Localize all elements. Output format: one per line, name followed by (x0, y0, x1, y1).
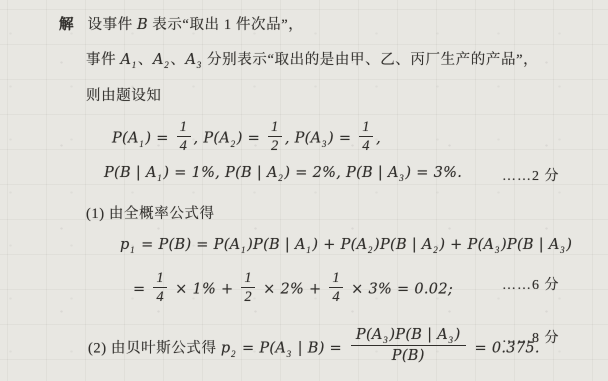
text-segment: 分别表示“取出的是由甲、乙、丙厂生产的产品”， (203, 52, 538, 68)
fraction-denominator: 4 (153, 287, 167, 305)
math-text: P(B | A (346, 165, 399, 181)
math-text: P(A (112, 131, 139, 147)
math-text: ) + P(A (312, 237, 367, 253)
text-segment: 事件 (86, 52, 120, 68)
score-mark-2: ……2 分 (502, 165, 560, 185)
formula-bayes: (2) 由贝叶斯公式得 p2 = P(A3 | B) = P(A3)P(B | … (88, 330, 540, 368)
formula-calculation: = 14 × 1% + 12 × 2% + 14 × 3% = 0.02; (133, 273, 453, 307)
math-text: P(B | A (104, 165, 157, 181)
scanned-solution-page: 解设事件 B 表示“取出 1 件次品”， 事件 A1、A2、A3 分别表示“取出… (0, 0, 608, 381)
math-text: P(A (356, 327, 383, 343)
math-text: = P(A (237, 341, 286, 357)
fraction-denominator: 2 (241, 287, 255, 305)
math-text: ) = 1%, (163, 165, 225, 181)
math-text: ) = 3%. (405, 165, 462, 181)
score-mark-6: ……6 分 (502, 274, 560, 294)
math-sub: 1 (157, 173, 162, 183)
math-sub: 2 (368, 245, 373, 255)
line-given: 则由题设知 (86, 84, 162, 105)
formula-priors: P(A1) = 14, P(A2) = 12, P(A3) = 14, (112, 122, 381, 156)
math-sub: 3 (322, 139, 327, 149)
math-text: ) (455, 327, 461, 343)
line-define-events-a: 事件 A1、A2、A3 分别表示“取出的是由甲、乙、丙厂生产的产品”， (86, 48, 538, 69)
score-mark-8: ……8 分 (502, 327, 560, 347)
math-var-a1: A (120, 52, 131, 68)
math-sub: 2 (231, 139, 236, 149)
math-text: × 3% = 0.02; (346, 282, 453, 298)
fraction-numerator: 1 (177, 120, 191, 136)
fraction-denominator: 4 (177, 136, 191, 154)
math-text: | B) = (293, 341, 347, 357)
fraction: 12 (241, 271, 255, 305)
math-text: ) (566, 237, 572, 253)
fraction: 14 (153, 271, 167, 305)
math-text: ) = (328, 131, 356, 147)
math-text: , P(A (194, 131, 231, 147)
math-sub: 1 (306, 245, 311, 255)
math-sub: 3 (399, 173, 404, 183)
fraction-denominator: 4 (329, 287, 343, 305)
math-var-p2: p (221, 341, 231, 357)
math-sub: 3 (383, 335, 388, 345)
text-segment: 设事件 (88, 17, 138, 33)
math-sub: 3 (495, 245, 500, 255)
math-text: )P(B | A (247, 237, 306, 253)
math-text: ) = (237, 131, 265, 147)
math-sub: 1 (241, 245, 246, 255)
math-text: ) + P(A (439, 237, 494, 253)
fraction-numerator: P(A3)P(B | A3) (351, 328, 466, 345)
fraction-denominator: 4 (359, 136, 373, 154)
math-sub: 2 (231, 349, 236, 359)
math-sub: 2 (164, 60, 169, 70)
bayes-fraction: P(A3)P(B | A3)P(B) (351, 328, 466, 366)
fraction-numerator: 1 (153, 271, 167, 287)
fraction-denominator: P(B) (351, 345, 466, 366)
math-text: P(B | A (225, 165, 278, 181)
math-text: × 2% + (258, 282, 326, 298)
math-text: ) = (145, 131, 173, 147)
math-text: )P(B | A (389, 327, 448, 343)
math-var-a2: A (153, 52, 164, 68)
math-sub: 1 (130, 245, 135, 255)
math-sub: 1 (139, 139, 144, 149)
fraction-numerator: 1 (359, 120, 373, 136)
math-text: )P(B | A (374, 237, 433, 253)
fraction-numerator: 1 (241, 271, 255, 287)
math-sub: 2 (433, 245, 438, 255)
solve-label: 解 (59, 17, 74, 33)
math-var-b: B (137, 17, 148, 33)
math-text: = P(B) = P(A (136, 237, 240, 253)
line-define-event-b: 解设事件 B 表示“取出 1 件次品”， (59, 13, 303, 34)
fraction-denominator: 2 (268, 136, 282, 154)
math-sub: 3 (287, 349, 292, 359)
math-sub: 3 (560, 245, 565, 255)
text-segment: (2) 由贝叶斯公式得 (88, 341, 221, 357)
math-text: , (376, 131, 381, 147)
math-sub: 3 (449, 335, 454, 345)
formula-conditionals: P(B | A1) = 1%, P(B | A2) = 2%, P(B | A3… (104, 165, 462, 182)
formula-total-probability: p1 = P(B) = P(A1)P(B | A1) + P(A2)P(B | … (120, 237, 572, 254)
math-sub: 1 (132, 60, 137, 70)
text-segment: 表示“取出 1 件次品”， (148, 17, 303, 33)
math-var-p1: p (120, 237, 130, 253)
separator: 、 (170, 52, 185, 68)
math-sub: 2 (278, 173, 283, 183)
part1-heading: (1) 由全概率公式得 (86, 202, 215, 223)
math-sub: 3 (197, 60, 202, 70)
math-var-a3: A (185, 52, 196, 68)
separator: 、 (138, 52, 153, 68)
fraction: 14 (359, 120, 373, 154)
fraction-numerator: 1 (329, 271, 343, 287)
fraction: 12 (268, 120, 282, 154)
fraction-numerator: 1 (268, 120, 282, 136)
fraction: 14 (177, 120, 191, 154)
math-text: ) = 2%, (284, 165, 346, 181)
fraction: 14 (329, 271, 343, 305)
math-text: = (133, 282, 150, 298)
math-text: × 1% + (170, 282, 238, 298)
math-text: )P(B | A (501, 237, 560, 253)
math-text: , P(A (285, 131, 322, 147)
